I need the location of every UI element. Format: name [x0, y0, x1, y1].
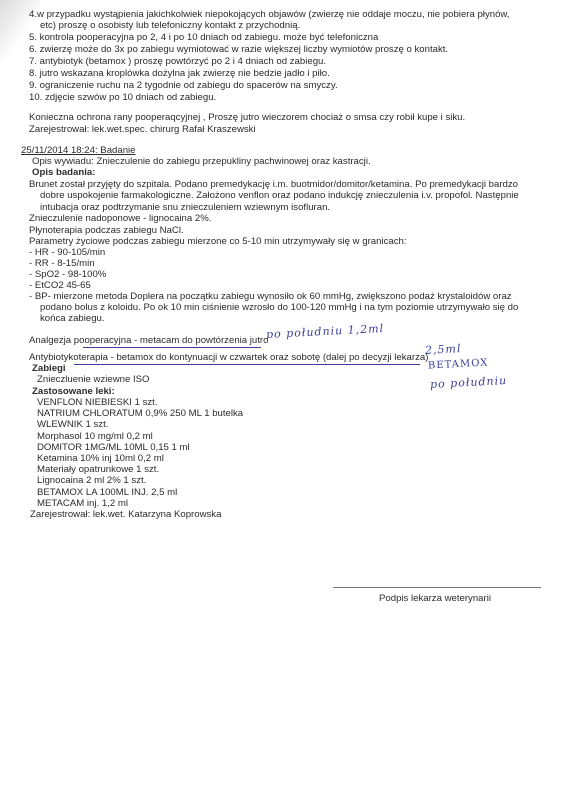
- procedures-label: Zabiegi: [32, 363, 66, 374]
- instruction-item: etc) proszę o osobisty lub telefoniczny …: [40, 20, 300, 31]
- drug-item: Materiały opatrunkowe 1 szt.: [37, 464, 159, 475]
- drug-item: NATRIUM CHLORATUM 0,9% 250 ML 1 butelka: [37, 408, 243, 419]
- vital-bp-cont: końca zabiegu.: [40, 313, 105, 324]
- signature-line: [333, 587, 541, 588]
- instruction-item: 10. zdjęcie szwów po 10 dniach od zabieg…: [29, 92, 216, 103]
- vital-bp-cont: podano bolus z koloidu. Po ok 10 min ciś…: [40, 302, 518, 313]
- vital-hr: - HR - 90-105/min: [29, 247, 105, 258]
- exam-line: Płynoterapia podczas zabiegu NaCl.: [29, 225, 184, 236]
- drug-item: WLEWNIK 1 szt.: [37, 419, 108, 430]
- drug-item: Lignocaina 2 ml 2% 1 szt.: [37, 475, 146, 486]
- registered-by: Zarejestrował: lek.wet.spec. chirurg Raf…: [29, 124, 256, 135]
- vital-rr: - RR - 8-15/min: [29, 258, 95, 269]
- handwritten-betamox-name: BETAMOX: [428, 357, 489, 371]
- instruction-item: 9. ograniczenie ruchu na 2 tygodnie od z…: [29, 80, 338, 91]
- exam-line: Brunet został przyjęty do szpitala. Poda…: [29, 179, 518, 190]
- instruction-item: 7. antybiotyk (betamox ) proszę powtórzy…: [29, 56, 326, 67]
- exam-line: dobre uspokojenie farmakologiczne. Założ…: [40, 190, 519, 201]
- antibiotic-line: Antybiotykoterapia - betamox do kontynua…: [29, 352, 428, 363]
- exam-history: Opis wywiadu: Znieczulenie do zabiegu pr…: [32, 156, 371, 167]
- exam-line: Parametry życiowe podczas zabiegu mierzo…: [29, 236, 407, 247]
- procedure-item: Znieczluenie wziewne ISO: [37, 374, 150, 385]
- analgesia-line: Analgezja pooperacyjna - metacam do powt…: [29, 335, 268, 346]
- ink-underline: [83, 347, 261, 348]
- exam-description-label: Opis badania:: [32, 167, 95, 178]
- handwritten-metacam-note: po południu 1,2ml: [266, 322, 385, 341]
- exam-header: 25/11/2014 18:24: Badanie: [21, 145, 136, 156]
- handwritten-betamox-dose: 2,5ml: [425, 342, 462, 357]
- instruction-item: 8. jutro wskazana kroplówka dożylna jak …: [29, 68, 330, 79]
- ink-underline: [74, 364, 420, 365]
- handwritten-betamox-time: po południu: [430, 374, 508, 391]
- vital-etco2: - EtCO2 45-65: [29, 280, 91, 291]
- drugs-label: Zastosowane leki:: [32, 386, 115, 397]
- drug-item: METACAM inj. 1,2 ml: [37, 498, 128, 509]
- wound-care-note: Konieczna ochrona rany pooperaqcyjnej , …: [29, 112, 465, 123]
- drug-item: BETAMOX LA 100ML INJ. 2,5 ml: [37, 487, 177, 498]
- signature-label: Podpis lekarza weterynarii: [379, 593, 491, 604]
- instruction-item: 6. zwierzę może do 3x po zabiegu wymioto…: [29, 44, 448, 55]
- drug-item: DOMITOR 1MG/ML 10ML 0,15 1 ml: [37, 442, 190, 453]
- exam-line: intubacja oraz podtrzymanie snu znieczul…: [40, 202, 330, 213]
- drug-item: VENFLON NIEBIESKI 1 szt.: [37, 397, 158, 408]
- vital-spo2: - SpO2 - 98-100%: [29, 269, 106, 280]
- exam-line: Znieczulenie nadoponowe - lignocaina 2%.: [29, 213, 211, 224]
- drug-item: Morphasol 10 mg/ml 0,2 ml: [37, 431, 153, 442]
- instruction-item: 5. kontrola pooperacyjna po 2, 4 i po 10…: [29, 32, 378, 43]
- drug-item: Ketamina 10% inj 10ml 0,2 ml: [37, 453, 164, 464]
- vital-bp: - BP- mierzone metoda Doplera na początk…: [29, 291, 512, 302]
- instruction-item: 4.w przypadku wystąpienia jakichkolwiek …: [29, 9, 509, 20]
- registered-by-2: Zarejestrował: lek.wet. Katarzyna Koprow…: [30, 509, 221, 520]
